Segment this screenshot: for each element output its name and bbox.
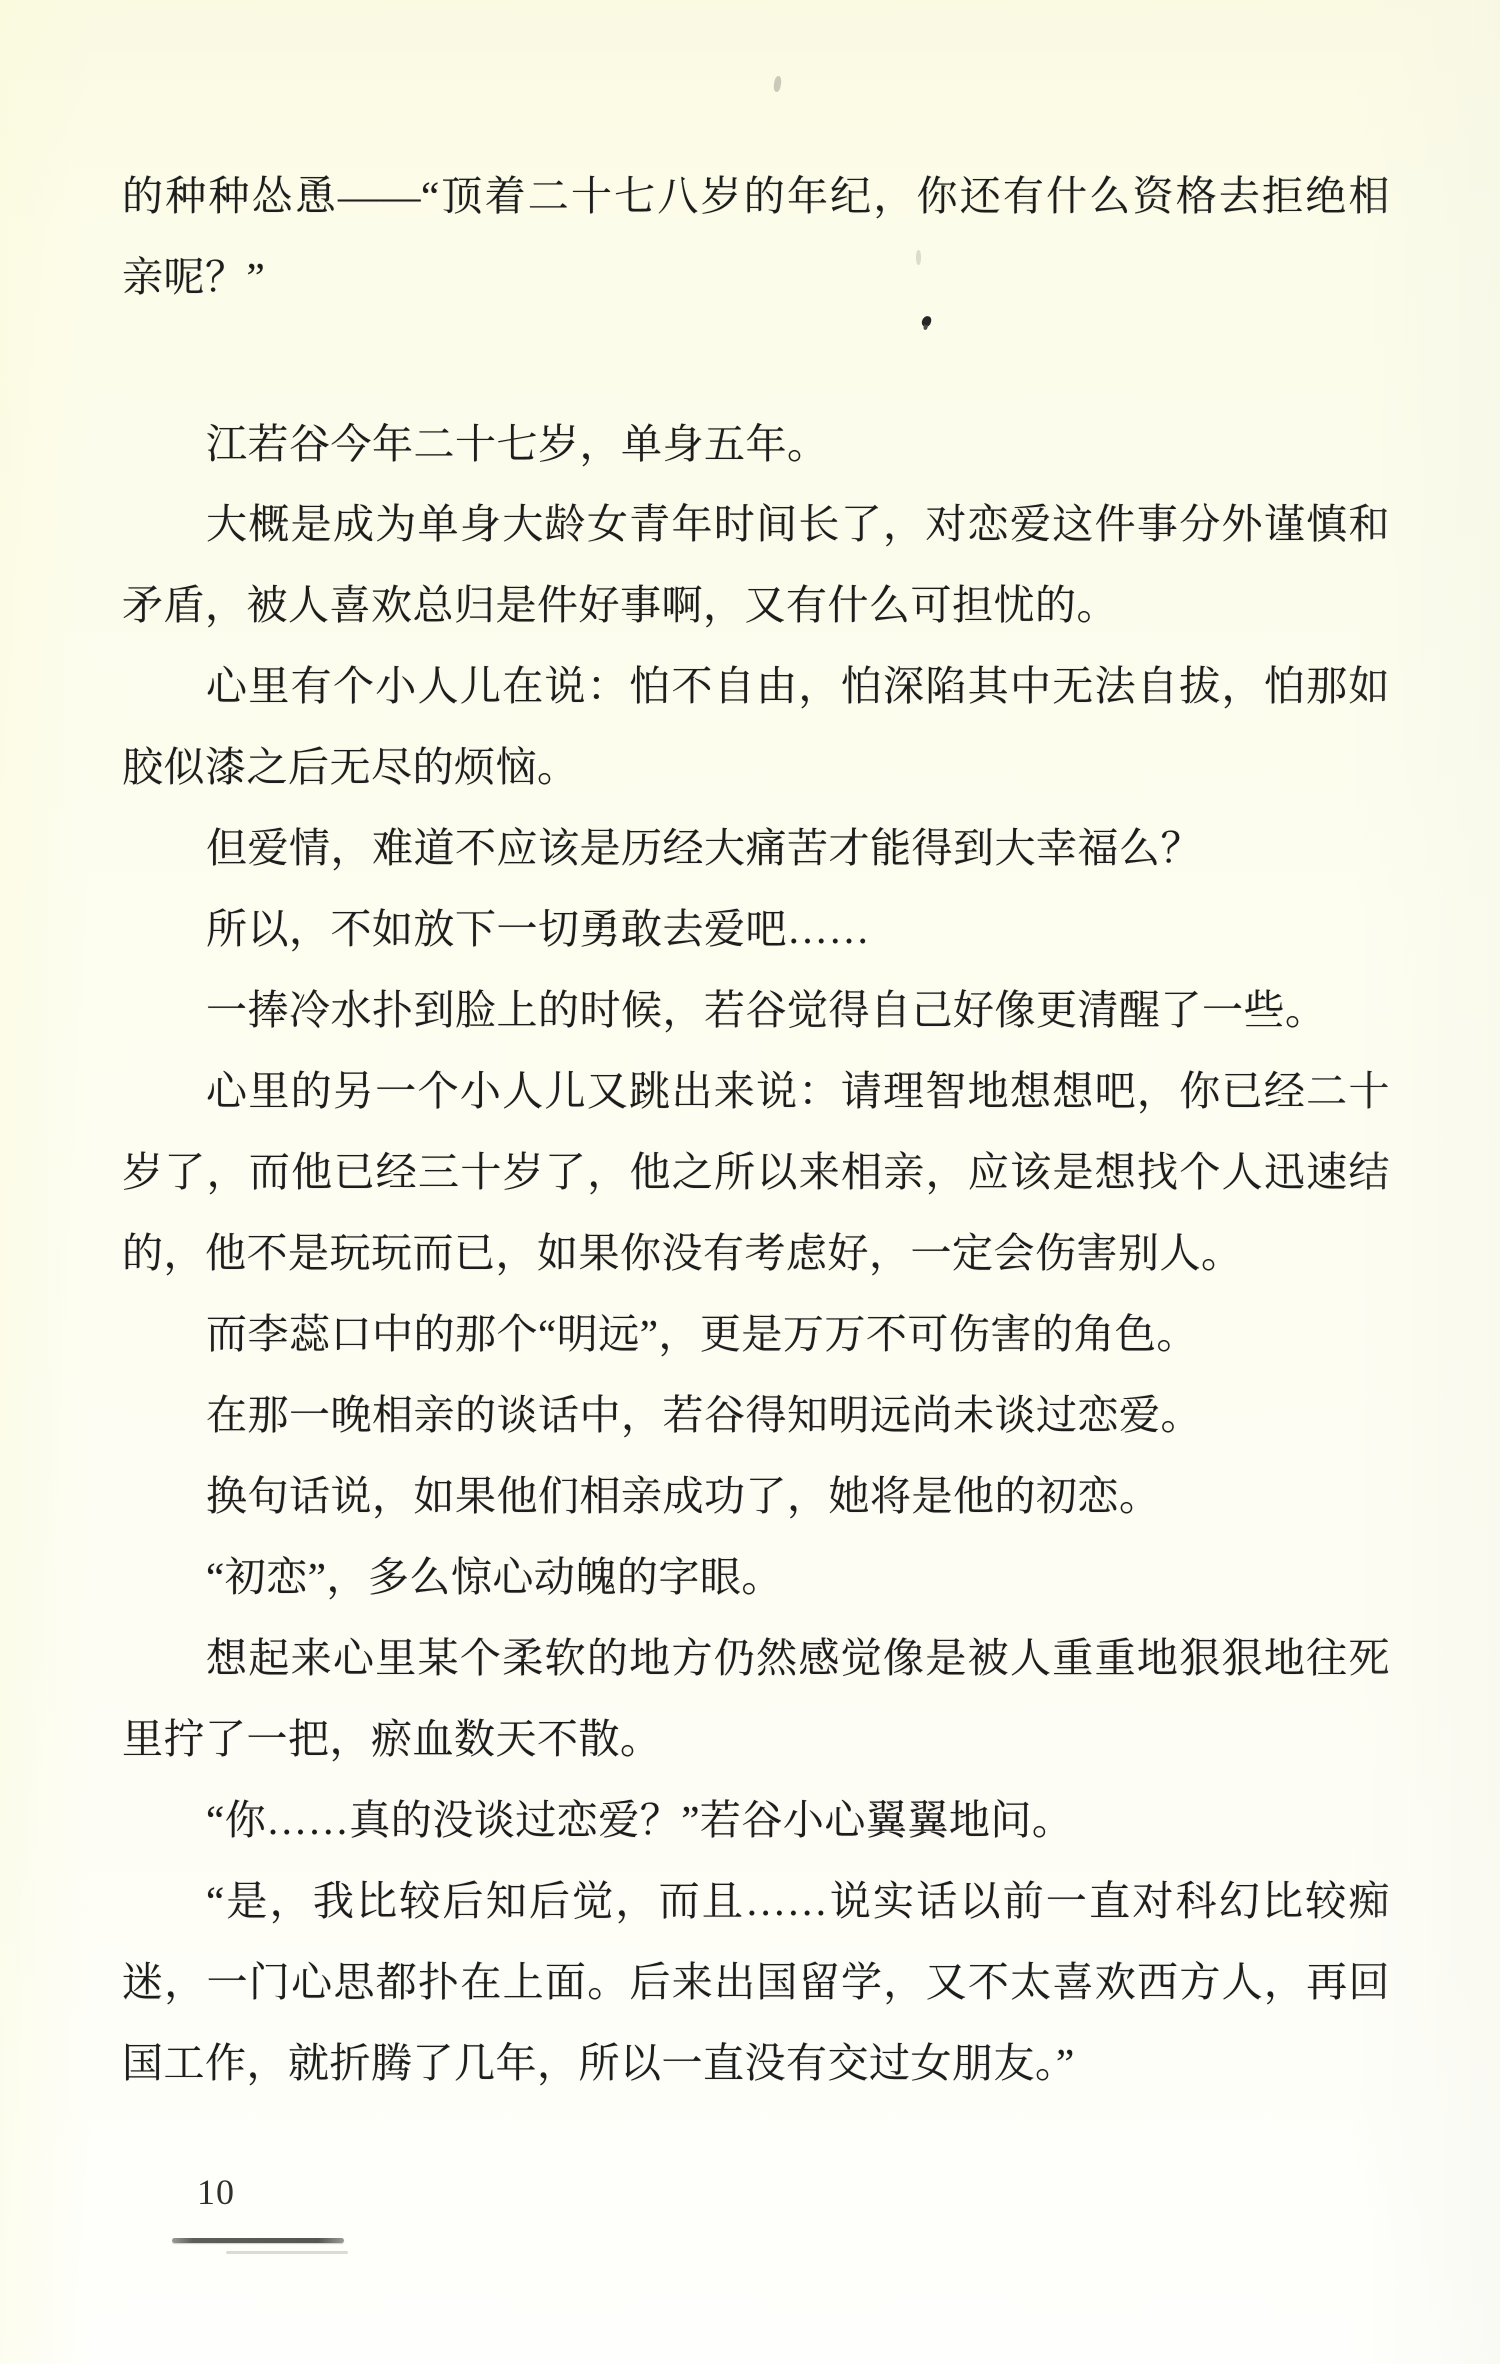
scan-speck-faint <box>916 250 921 265</box>
text-line-5: 矛盾，被人喜欢总归是件好事啊，又有什么可担忧的。 <box>122 579 1118 633</box>
text-line-19: 里拧了一把，瘀血数天不散。 <box>122 1713 662 1767</box>
text-line-6: 心里有个小人儿在说：怕不自由，怕深陷其中无法自拔，怕那如 <box>206 660 1390 714</box>
text-line-2: 亲呢？” <box>122 251 265 305</box>
page-number: 10 <box>197 2172 235 2212</box>
text-line-14: 而李蕊口中的那个“明远”，更是万万不可伤害的角色。 <box>206 1308 1198 1362</box>
text-line-16: 换句话说，如果他们相亲成功了，她将是他的初恋。 <box>206 1470 1161 1524</box>
text-line-23: 国工作，就折腾了几年，所以一直没有交过女朋友。” <box>122 2037 1075 2091</box>
text-line-22: 迷，一门心思都扑在上面。后来出国留学，又不太喜欢西方人，再回 <box>122 1956 1390 2010</box>
text-line-17: “初恋”，多么惊心动魄的字眼。 <box>206 1551 783 1605</box>
text-line-10: 一捧冷水扑到脸上的时候，若谷觉得自己好像更清醒了一些。 <box>206 984 1327 1038</box>
text-line-9: 所以，不如放下一切勇敢去爱吧…… <box>206 903 870 957</box>
text-line-20: “你……真的没谈过恋爱？”若谷小心翼翼地问。 <box>206 1794 1073 1848</box>
text-line-12: 岁了，而他已经三十岁了，他之所以来相亲，应该是想找个人迅速结婚 <box>122 1146 1390 1200</box>
book-page: 的种种怂恿——“顶着二十七八岁的年纪，你还有什么资格去拒绝相 亲呢？” 江若谷今… <box>0 0 1500 2364</box>
text-line-8: 但爱情，难道不应该是历经大痛苦才能得到大幸福么？ <box>206 822 1202 876</box>
text-line-1: 的种种怂恿——“顶着二十七八岁的年纪，你还有什么资格去拒绝相 <box>122 170 1390 224</box>
text-line-7: 胶似漆之后无尽的烦恼。 <box>122 741 579 795</box>
text-line-18: 想起来心里某个柔软的地方仍然感觉像是被人重重地狠狠地往死 <box>206 1632 1390 1686</box>
footer-rule-shadow <box>226 2251 348 2254</box>
text-line-4: 大概是成为单身大龄女青年时间长了，对恋爱这件事分外谨慎和 <box>206 498 1390 552</box>
footer-rule <box>172 2238 344 2243</box>
text-line-21: “是，我比较后知后觉，而且……说实话以前一直对科幻比较痴 <box>206 1875 1390 1929</box>
text-line-13: 的，他不是玩玩而已，如果你没有考虑好，一定会伤害别人。 <box>122 1227 1243 1281</box>
scan-speck-dark <box>921 315 932 328</box>
text-line-3: 江若谷今年二十七岁，单身五年。 <box>206 418 829 472</box>
scan-speck-faint <box>773 76 782 93</box>
text-line-15: 在那一晚相亲的谈话中，若谷得知明远尚未谈过恋爱。 <box>206 1389 1202 1443</box>
text-line-11: 心里的另一个小人儿又跳出来说：请理智地想想吧，你已经二十七 <box>206 1065 1390 1119</box>
